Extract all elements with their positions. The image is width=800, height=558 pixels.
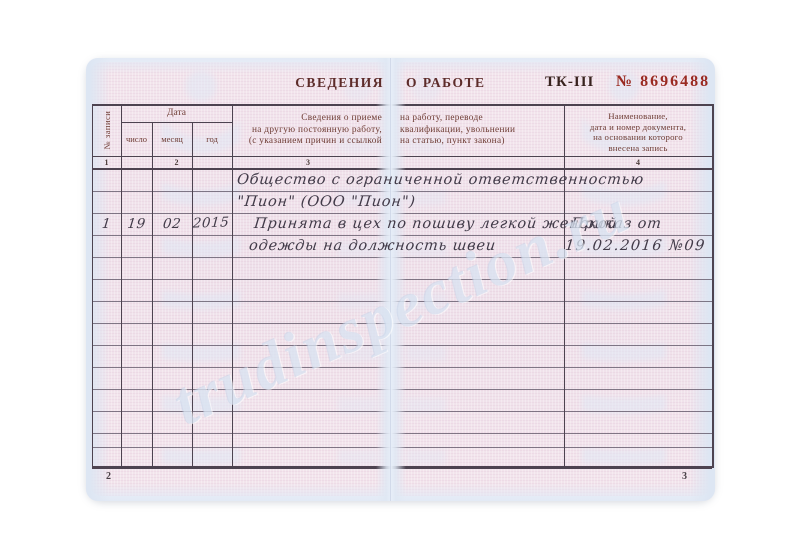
- section-title-right: О РАБОТЕ: [406, 75, 486, 91]
- entry-organization-line2: "Пион" (ООО "Пион"): [236, 194, 416, 210]
- column-number-3: 3: [232, 158, 384, 167]
- entry-description-line1: Принята в цех по пошиву легкой женской: [253, 216, 618, 232]
- entry-year: 2015: [187, 214, 234, 232]
- header-line: (с указанием причин и ссылкой: [236, 136, 382, 148]
- header-line: дата и номер документа,: [564, 122, 712, 133]
- work-info-header-left: Сведения о приеме на другую постоянную р…: [236, 113, 382, 148]
- grid-line: [92, 168, 712, 170]
- date-column-header: Дата: [121, 108, 232, 118]
- column-number-2: 2: [121, 158, 232, 167]
- rule-line: [92, 323, 712, 324]
- entry-document-line1: Приказ от: [570, 216, 662, 232]
- screenshot-canvas: СВЕДЕНИЯ О РАБОТЕ ТК-III № 8696488 № зап…: [0, 0, 800, 558]
- entry-record-number: 1: [91, 216, 122, 232]
- rule-line: [92, 235, 712, 236]
- day-column-header: число: [121, 134, 152, 144]
- header-line: на работу, переводе: [400, 113, 562, 125]
- serial-number: № 8696488: [616, 73, 710, 91]
- page-number-right: 3: [682, 471, 687, 482]
- rule-line: [92, 411, 712, 412]
- column-number-1: 1: [92, 158, 121, 167]
- rule-line: [92, 367, 712, 368]
- rule-line: [92, 191, 712, 192]
- header-line: Сведения о приеме: [236, 113, 382, 125]
- page-number-left: 2: [106, 471, 111, 482]
- header-line: на статью, пункт закона): [400, 136, 562, 148]
- grid-line: [92, 466, 712, 469]
- record-number-label: № записи: [102, 111, 112, 150]
- grid-line: [92, 156, 712, 157]
- grid-line: [192, 122, 193, 468]
- document-column-header: Наименование, дата и номер документа, на…: [564, 111, 712, 153]
- rule-line: [92, 279, 712, 280]
- rule-line: [92, 433, 712, 434]
- rule-line: [92, 447, 712, 448]
- entry-document-line2: 19.02.2016 №09: [564, 238, 706, 254]
- rule-line: [92, 301, 712, 302]
- grid-line: [92, 104, 712, 106]
- grid-line: [712, 104, 714, 468]
- rule-line: [92, 389, 712, 390]
- grid-line: [121, 122, 232, 123]
- header-line: на основании которого: [564, 132, 712, 143]
- work-info-header-right: на работу, переводе квалификации, увольн…: [400, 113, 562, 148]
- entry-description-line2: одежды на должность швеи: [248, 238, 497, 254]
- rule-line: [92, 345, 712, 346]
- rule-line: [92, 213, 712, 214]
- header-line: на другую постоянную работу,: [236, 125, 382, 137]
- entry-organization-line1: Общество с ограниченной ответственностью: [236, 172, 645, 188]
- grid-line: [152, 122, 153, 468]
- rule-line: [92, 257, 712, 258]
- entry-day: 19: [120, 216, 153, 232]
- month-column-header: месяц: [152, 134, 192, 144]
- header-line: квалификации, увольнении: [400, 125, 562, 137]
- year-column-header: год: [192, 134, 232, 144]
- record-number-column-header: № записи: [92, 104, 121, 156]
- section-title-left: СВЕДЕНИЯ: [266, 75, 384, 91]
- workbook-spread: СВЕДЕНИЯ О РАБОТЕ ТК-III № 8696488 № зап…: [86, 58, 715, 501]
- column-number-4: 4: [564, 158, 712, 167]
- header-line: Наименование,: [564, 111, 712, 122]
- series-code: ТК-III: [545, 74, 594, 91]
- header-line: внесена запись: [564, 143, 712, 154]
